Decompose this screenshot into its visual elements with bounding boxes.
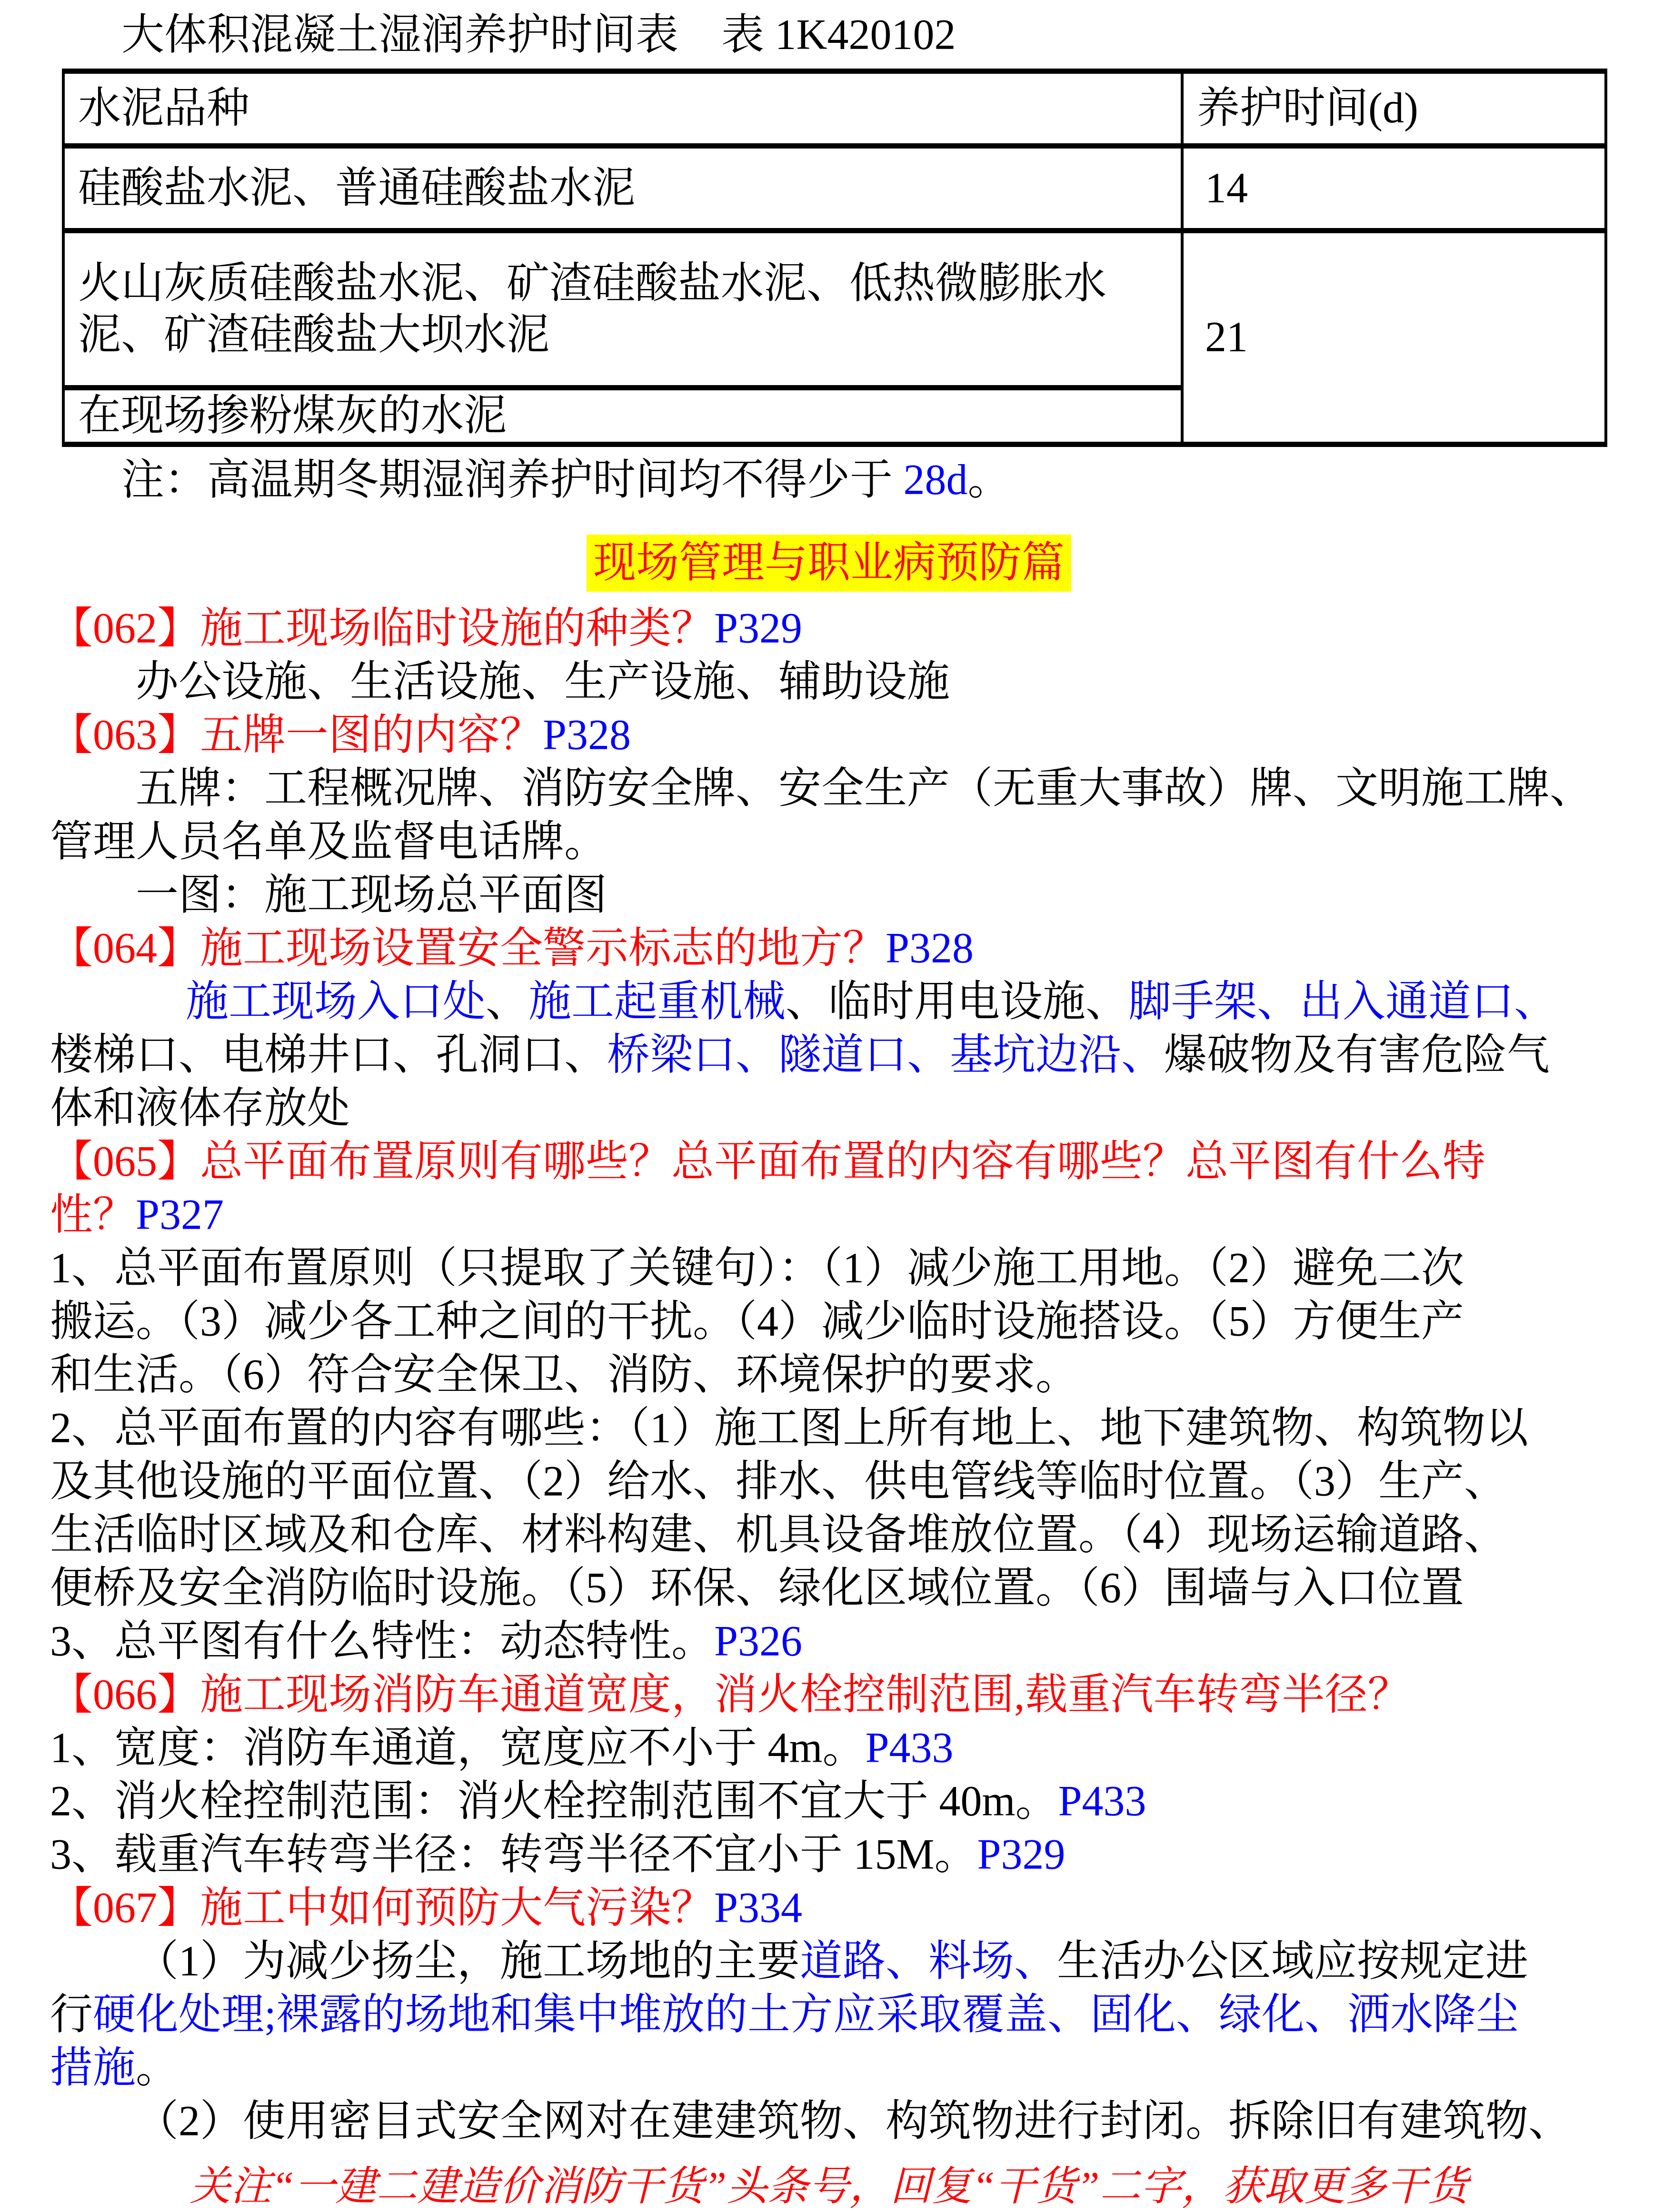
cell-cement-type: 火山灰质硅酸盐水泥、矿渣硅酸盐水泥、低热微膨胀水泥、矿渣硅酸盐大坝水泥 <box>63 231 1182 388</box>
cell-curing-days-merged: 21 <box>1182 231 1606 445</box>
text-run: 【066】施工现场消防车通道宽度，消火栓控制范围,载重汽车转弯半径？ <box>50 1671 1411 1718</box>
text-line: （2）使用密目式安全网对在建建筑物、构筑物进行封闭。拆除旧有建筑物、 <box>50 2095 1608 2148</box>
text-run: 生活办公区域应按规定进 <box>1057 1938 1528 1985</box>
text-line: 五牌：工程概况牌、消防安全牌、安全生产（无重大事故）牌、文明施工牌、 <box>50 762 1608 815</box>
text-line: 施工现场入口处、施工起重机械、临时用电设施、脚手架、出入通道口、 <box>50 975 1608 1029</box>
text-line: 和生活。（6）符合安全保卫、消防、环境保护的要求。 <box>50 1349 1608 1402</box>
text-run: 【062】施工现场临时设施的种类？ <box>50 605 714 652</box>
table-row: 火山灰质硅酸盐水泥、矿渣硅酸盐水泥、低热微膨胀水泥、矿渣硅酸盐大坝水泥 21 <box>63 231 1606 388</box>
text-run: 和生活。（6）符合安全保卫、消防、环境保护的要求。 <box>50 1351 1078 1399</box>
text-line: 【064】施工现场设置安全警示标志的地方？P328 <box>50 922 1608 975</box>
text-line: 注：高温期冬期湿润养护时间均不得少于 28d。 <box>50 454 1608 507</box>
text-run: 生活临时区域及和仓库、材料构建、机具设备堆放位置。（4）现场运输道路、 <box>50 1511 1507 1558</box>
text-line: 2、消火栓控制范围：消火栓控制范围不宜大于 40m。P433 <box>50 1775 1608 1828</box>
text-run: 道路、料场、 <box>800 1938 1057 1985</box>
text-line: 体和液体存放处 <box>50 1082 1608 1135</box>
text-run: P433 <box>866 1725 954 1772</box>
text-run: 【065】总平面布置原则有哪些？总平面布置的内容有哪些？总平图有什么特 <box>50 1138 1485 1185</box>
text-run: 、 <box>486 978 528 1025</box>
text-line: 行硬化处理;裸露的场地和集中堆放的土方应采取覆盖、固化、绿化、洒水降尘 <box>50 1988 1608 2042</box>
text-run: 及其他设施的平面位置、（2）给水、排水、供电管线等临时位置。（3）生产、 <box>50 1458 1507 1505</box>
section-heading-highlighted: 现场管理与职业病预防篇 <box>587 535 1071 592</box>
text-line: 生活临时区域及和仓库、材料构建、机具设备堆放位置。（4）现场运输道路、 <box>50 1508 1608 1562</box>
text-line: 楼梯口、电梯井口、孔洞口、桥梁口、隧道口、基坑边沿、爆破物及有害危险气 <box>50 1029 1608 1082</box>
text-run: 桥梁口、隧道口、基坑边沿、 <box>607 1032 1164 1079</box>
table-row: 硅酸盐水泥、普通硅酸盐水泥 14 <box>63 146 1606 231</box>
text-run: 【063】五牌一图的内容？ <box>50 712 543 759</box>
text-line: 性？P327 <box>50 1189 1608 1242</box>
text-run: 管理人员名单及监督电话牌。 <box>50 818 607 865</box>
text-run: （2）使用密目式安全网对在建建筑物、构筑物进行封闭。拆除旧有建筑物、 <box>136 2098 1571 2145</box>
text-run: P329 <box>977 1831 1065 1878</box>
text-run: 一图：施工现场总平面图 <box>136 872 607 919</box>
text-run: P326 <box>714 1618 802 1665</box>
text-line: 一图：施工现场总平面图 <box>50 869 1608 922</box>
text-run: 【064】施工现场设置安全警示标志的地方？ <box>50 925 886 972</box>
cell-cement-type: 硅酸盐水泥、普通硅酸盐水泥 <box>63 146 1182 231</box>
text-run: P328 <box>543 712 631 759</box>
text-run: 【067】施工中如何预防大气污染？ <box>50 1885 714 1932</box>
text-run: 3、总平图有什么特性：动态特性。 <box>50 1618 714 1665</box>
text-run: 1、总平面布置原则（只提取了关键句）：（1）减少施工用地。（2）避免二次 <box>50 1245 1464 1292</box>
text-run: 2、消火栓控制范围：消火栓控制范围不宜大于 40m。 <box>50 1778 1058 1825</box>
text-run: 便桥及安全消防临时设施。（5）环保、绿化区域位置。（6）围墙与入口位置 <box>50 1565 1464 1612</box>
text-run: 28d <box>904 456 968 504</box>
cell-curing-days: 14 <box>1182 146 1606 231</box>
text-line: 便桥及安全消防临时设施。（5）环保、绿化区域位置。（6）围墙与入口位置 <box>50 1562 1608 1615</box>
text-run: 2、总平面布置的内容有哪些：（1）施工图上所有地上、地下建筑物、构筑物以 <box>50 1405 1528 1452</box>
footer-promo-text: 关注“一建二建造价消防干货”头条号，回复“干货”二字，获取更多干货 <box>50 2161 1608 2212</box>
text-run: P329 <box>714 605 802 652</box>
text-run: 注：高温期冬期湿润养护时间均不得少于 <box>121 456 904 504</box>
text-run: 施工现场入口处 <box>186 978 486 1025</box>
text-run: 行 <box>50 1991 93 2038</box>
text-run: P334 <box>714 1885 802 1932</box>
text-run: 。 <box>968 456 1011 504</box>
text-run: 措施 <box>50 2044 136 2092</box>
text-line: 【063】五牌一图的内容？P328 <box>50 709 1608 762</box>
text-run: 。 <box>136 2044 179 2092</box>
text-line: 2、总平面布置的内容有哪些：（1）施工图上所有地上、地下建筑物、构筑物以 <box>50 1402 1608 1455</box>
text-line: 【067】施工中如何预防大气污染？P334 <box>50 1882 1608 1935</box>
text-run: P327 <box>136 1191 224 1239</box>
text-line: 【066】施工现场消防车通道宽度，消火栓控制范围,载重汽车转弯半径？ <box>50 1668 1608 1722</box>
text-run: 性？ <box>50 1191 136 1239</box>
table-caption: 大体积混凝土湿润养护时间表 表 1K420102 <box>50 9 1608 62</box>
section-heading-row: 现场管理与职业病预防篇 <box>50 535 1608 592</box>
text-line: 管理人员名单及监督电话牌。 <box>50 815 1608 869</box>
text-line: 【062】施工现场临时设施的种类？P329 <box>50 602 1608 655</box>
text-line: 办公设施、生活设施、生产设施、辅助设施 <box>50 655 1608 709</box>
text-line: 【065】总平面布置原则有哪些？总平面布置的内容有哪些？总平图有什么特 <box>50 1135 1608 1189</box>
text-run: 楼梯口、电梯井口、孔洞口、 <box>50 1032 607 1079</box>
text-run: P328 <box>886 925 974 972</box>
header-cell-cement-type: 水泥品种 <box>63 71 1182 146</box>
text-line: 1、总平面布置原则（只提取了关键句）：（1）减少施工用地。（2）避免二次 <box>50 1242 1608 1295</box>
text-line: 及其他设施的平面位置、（2）给水、排水、供电管线等临时位置。（3）生产、 <box>50 1455 1608 1508</box>
text-run: 五牌：工程概况牌、消防安全牌、安全生产（无重大事故）牌、文明施工牌、 <box>136 765 1593 812</box>
text-run: 办公设施、生活设施、生产设施、辅助设施 <box>136 658 950 705</box>
text-line: （1）为减少扬尘，施工场地的主要道路、料场、生活办公区域应按规定进 <box>50 1935 1608 1988</box>
text-run: 搬运。（3）减少各工种之间的干扰。（4）减少临时设施搭设。（5）方便生产 <box>50 1298 1464 1345</box>
text-line: 3、载重汽车转弯半径：转弯半径不宜小于 15M。P329 <box>50 1828 1608 1882</box>
text-line: 搬运。（3）减少各工种之间的干扰。（4）减少临时设施搭设。（5）方便生产 <box>50 1295 1608 1349</box>
table-header-row: 水泥品种 养护时间(d) <box>63 71 1606 146</box>
qa-body: 【062】施工现场临时设施的种类？P329办公设施、生活设施、生产设施、辅助设施… <box>50 602 1608 2148</box>
text-run: （1）为减少扬尘，施工场地的主要 <box>136 1938 800 1985</box>
text-run: 3、载重汽车转弯半径：转弯半径不宜小于 15M。 <box>50 1831 977 1878</box>
text-line: 措施。 <box>50 2042 1608 2095</box>
text-run: 脚手架、出入通道口、 <box>1128 978 1557 1025</box>
text-run: 1、宽度：消防车通道，宽度应不小于 4m。 <box>50 1725 866 1772</box>
document-page: 大体积混凝土湿润养护时间表 表 1K420102 水泥品种 养护时间(d) 硅酸… <box>0 0 1653 2212</box>
text-run: 爆破物及有害危险气 <box>1164 1032 1550 1079</box>
cell-cement-type: 在现场掺粉煤灰的水泥 <box>63 388 1182 445</box>
text-line: 1、宽度：消防车通道，宽度应不小于 4m。P433 <box>50 1722 1608 1775</box>
text-run: 施工起重机械 <box>528 978 786 1025</box>
text-run: 、临时用电设施、 <box>786 978 1128 1025</box>
curing-time-table: 水泥品种 养护时间(d) 硅酸盐水泥、普通硅酸盐水泥 14 火山灰质硅酸盐水泥、… <box>62 69 1607 447</box>
text-line: 3、总平图有什么特性：动态特性。P326 <box>50 1615 1608 1668</box>
text-run: 硬化处理;裸露的场地和集中堆放的土方应采取覆盖、固化、绿化、洒水降尘 <box>93 1991 1519 2038</box>
header-cell-curing-days: 养护时间(d) <box>1182 71 1606 146</box>
text-run: 体和液体存放处 <box>50 1085 350 1132</box>
text-run: P433 <box>1058 1778 1146 1825</box>
table-note: 注：高温期冬期湿润养护时间均不得少于 28d。 <box>50 454 1608 507</box>
